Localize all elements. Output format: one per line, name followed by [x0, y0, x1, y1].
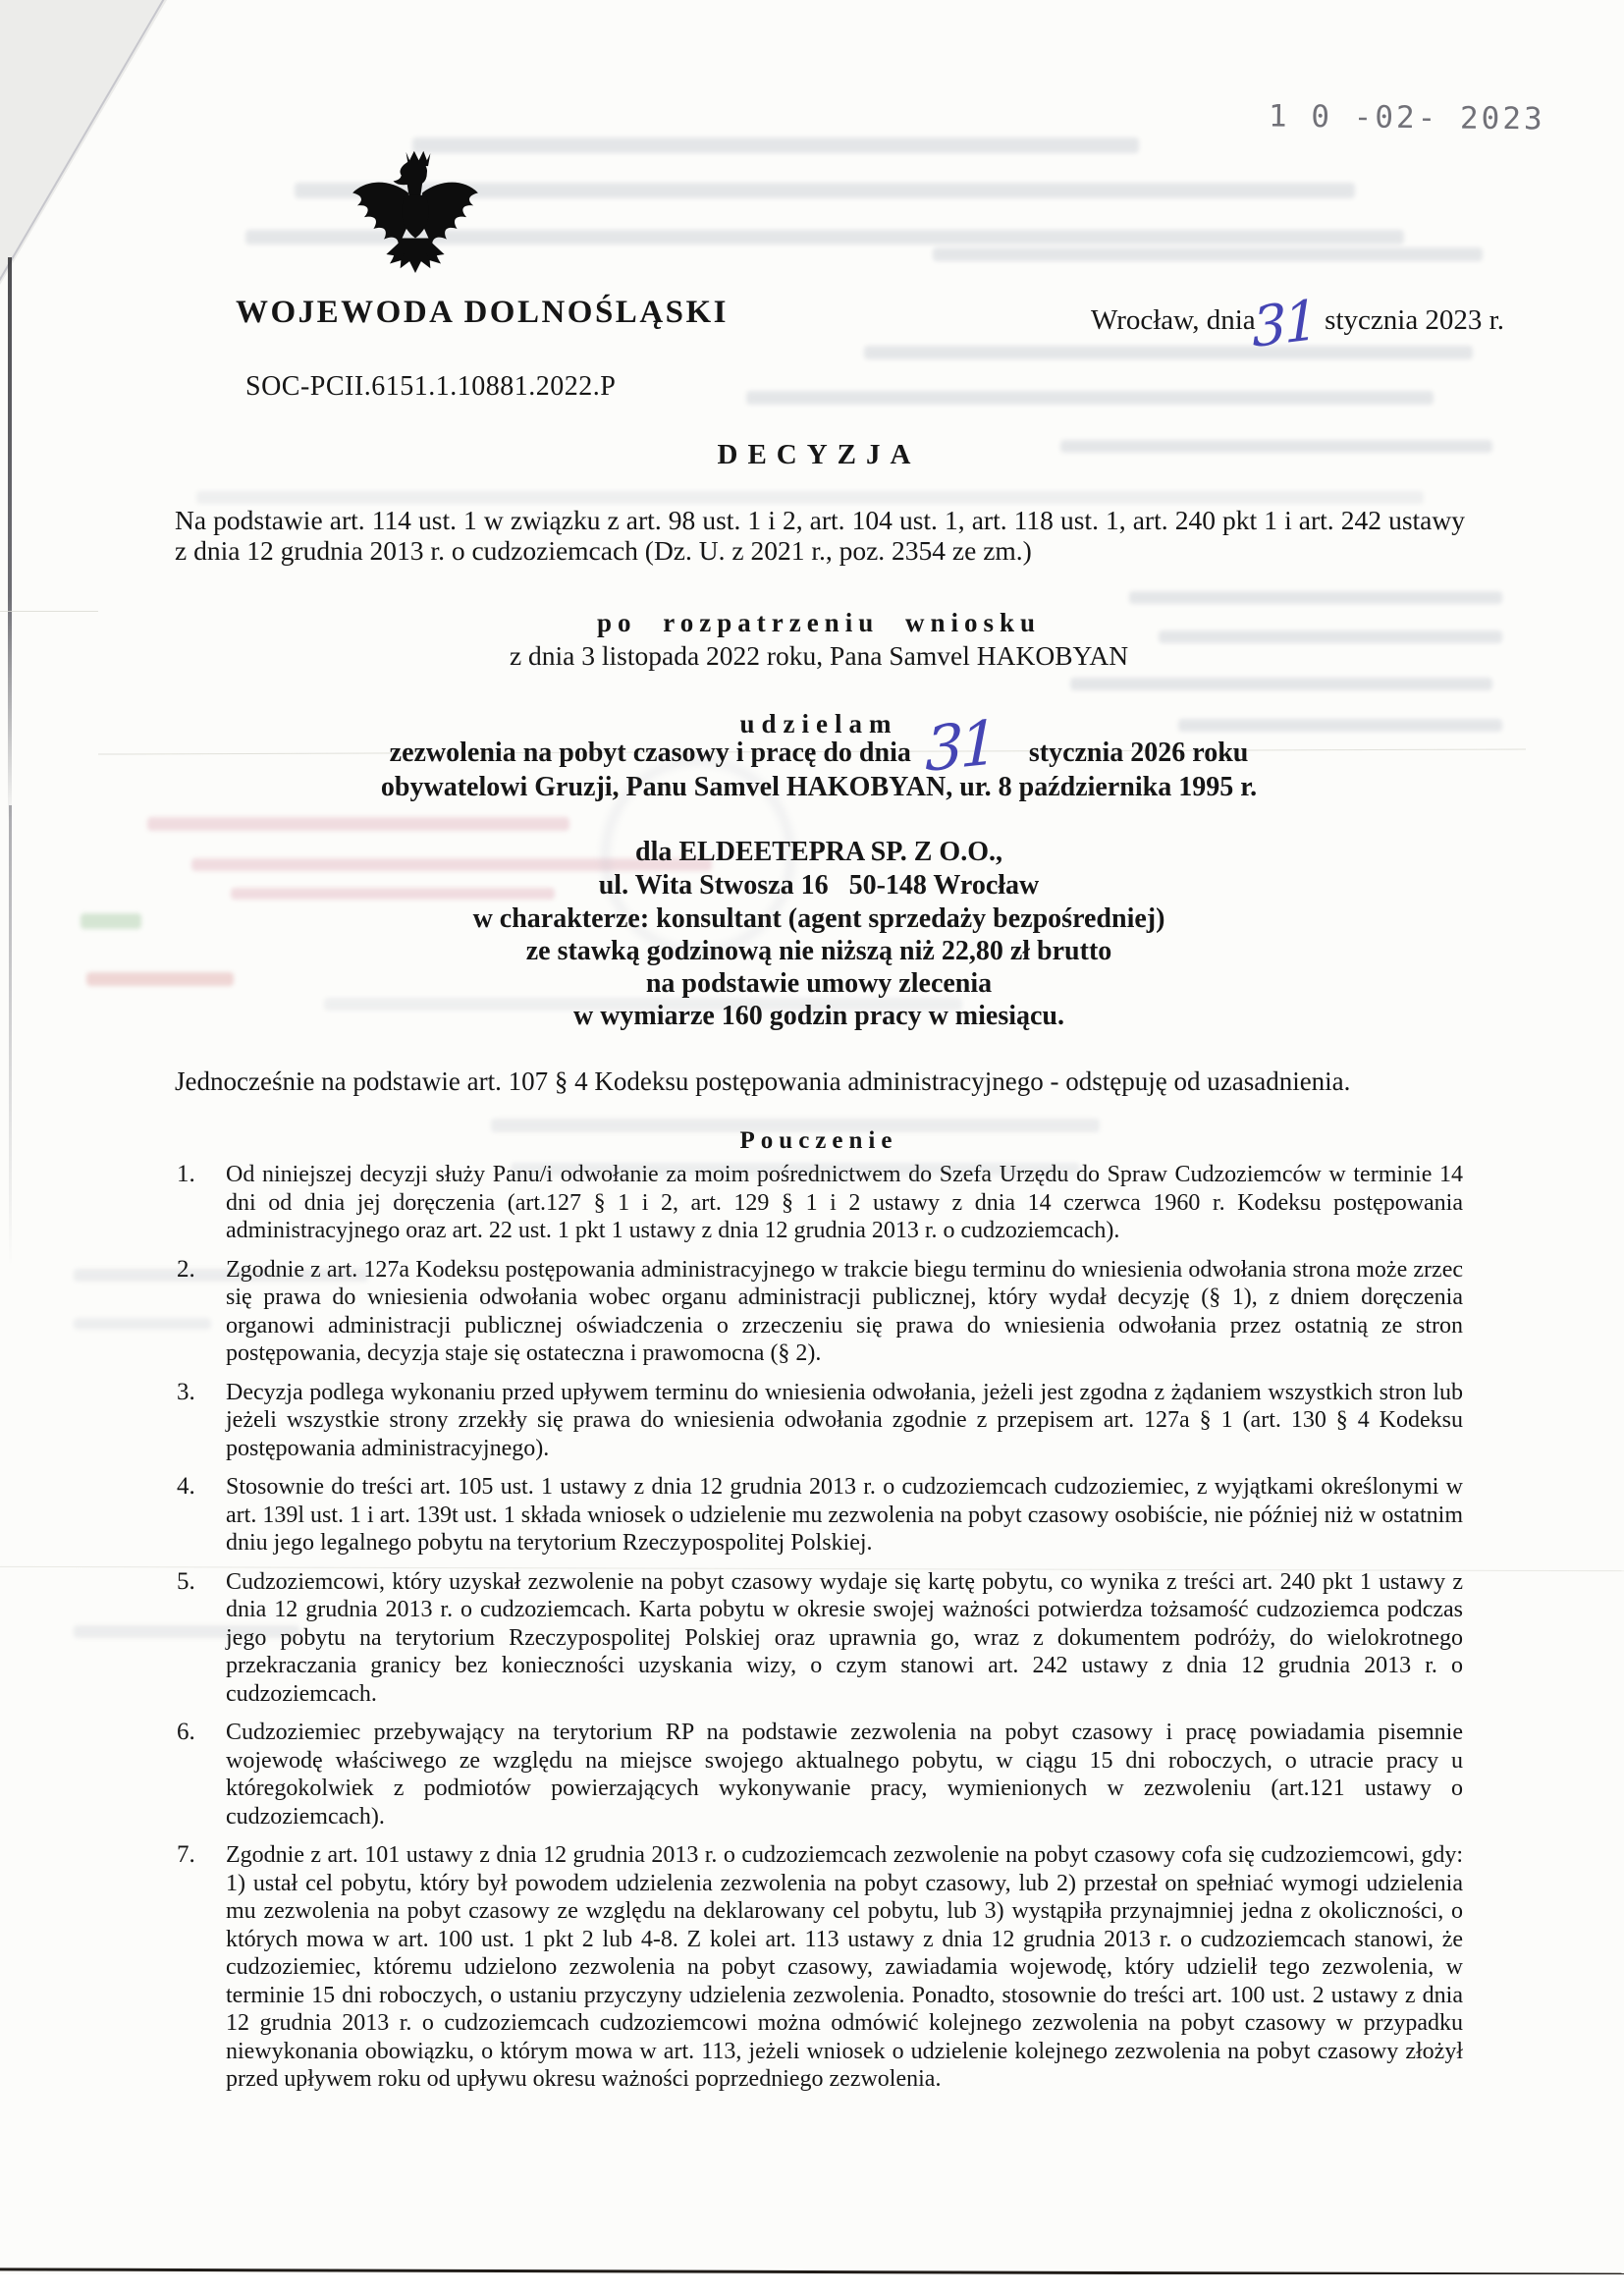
- list-item-number: 5.: [177, 1568, 226, 1709]
- working-hours-line: w wymiarze 160 godzin pracy w miesiącu.: [175, 1001, 1463, 1032]
- list-item: 2. Zgodnie z art. 127a Kodeksu postępowa…: [177, 1256, 1463, 1368]
- employer-name-line: dla ELDEETEPRA SP. Z O.O.,: [175, 837, 1463, 868]
- handwritten-day: 31: [925, 712, 995, 781]
- list-item-number: 7.: [177, 1841, 226, 2094]
- list-item: 1. Od niniejszej decyzji służy Panu/i od…: [177, 1161, 1463, 1245]
- contract-type-line: na podstawie umowy zlecenia: [175, 968, 1463, 1000]
- scan-left-edge-shadow: [9, 805, 12, 1267]
- grant-verb: udzielam: [175, 709, 1463, 739]
- list-item-text: Stosownie do treści art. 105 ust. 1 usta…: [226, 1473, 1463, 1558]
- wage-line: ze stawką godzinową nie niższą niż 22,80…: [175, 936, 1463, 967]
- after-review-heading: po rozpatrzeniu wniosku: [175, 608, 1463, 638]
- justification-waiver-paragraph: Jednocześnie na podstawie art. 107 § 4 K…: [175, 1066, 1465, 1097]
- instructions-heading: Pouczenie: [175, 1127, 1463, 1155]
- grant-line-prefix: zezwolenia na pobyt czasowy i pracę do d…: [390, 738, 911, 768]
- list-item-text: Zgodnie z art. 127a Kodeksu postępowania…: [226, 1256, 1463, 1368]
- place-date-suffix: stycznia 2023 r.: [1325, 304, 1504, 336]
- grant-line-suffix: stycznia 2026 roku: [1029, 738, 1249, 768]
- case-number: SOC-PCII.6151.1.10881.2022.P: [245, 371, 616, 403]
- list-item: 6. Cudzoziemiec przebywający na terytori…: [177, 1719, 1463, 1831]
- scanned-decision-page: 1 0 -02- 2023 WOJEWODA DOLNOŚLĄSKI Wrocł…: [0, 0, 1624, 2296]
- list-item: 5. Cudzoziemcowi, który uzyskał zezwolen…: [177, 1568, 1463, 1709]
- legal-basis-paragraph: Na podstawie art. 114 ust. 1 w związku z…: [175, 505, 1465, 566]
- grant-line-beneficiary: obywatelowi Gruzji, Panu Samvel HAKOBYAN…: [175, 772, 1463, 803]
- list-item: 3. Decyzja podlega wykonaniu przed upływ…: [177, 1379, 1463, 1463]
- list-item-number: 6.: [177, 1719, 226, 1831]
- document-title: DECYZJA: [175, 439, 1463, 471]
- authority-name: WOJEWODA DOLNOŚLĄSKI: [236, 295, 729, 331]
- list-item: 7. Zgodnie z art. 101 ustawy z dnia 12 g…: [177, 1841, 1463, 2094]
- list-item: 4. Stosownie do treści art. 105 ust. 1 u…: [177, 1473, 1463, 1558]
- bleedthrough-artifact: [933, 247, 1483, 261]
- scan-bottom-background: [0, 2274, 1624, 2296]
- bleedthrough-artifact: [196, 491, 1424, 504]
- list-item-number: 4.: [177, 1473, 226, 1558]
- list-item-text: Cudzoziemcowi, który uzyskał zezwolenie …: [226, 1568, 1463, 1709]
- grant-line-permit: zezwolenia na pobyt czasowy i pracę do d…: [175, 738, 1463, 769]
- list-item-number: 3.: [177, 1379, 226, 1463]
- list-item-text: Od niniejszej decyzji służy Panu/i odwoł…: [226, 1161, 1463, 1245]
- place-date-prefix: Wrocław, dnia: [1091, 304, 1256, 336]
- list-item-text: Cudzoziemiec przebywający na terytorium …: [226, 1719, 1463, 1831]
- list-item-text: Zgodnie z art. 101 ustawy z dnia 12 grud…: [226, 1841, 1463, 2094]
- bleedthrough-artifact: [746, 391, 1434, 405]
- list-item-text: Decyzja podlega wykonaniu przed upływem …: [226, 1379, 1463, 1463]
- job-position-line: w charakterze: konsultant (agent sprzeda…: [175, 903, 1463, 935]
- bleedthrough-artifact: [412, 137, 1139, 153]
- employer-address-line: ul. Wita Stwosza 16 50-148 Wrocław: [175, 870, 1463, 902]
- list-item-number: 2.: [177, 1256, 226, 1368]
- bleedthrough-artifact: [1129, 591, 1502, 604]
- bleedthrough-artifact: [1070, 678, 1492, 690]
- instructions-list: 1. Od niniejszej decyzji służy Panu/i od…: [177, 1161, 1463, 2105]
- application-date-line: z dnia 3 listopada 2022 roku, Pana Samve…: [175, 640, 1463, 672]
- scan-left-edge-shadow: [8, 257, 12, 822]
- handwritten-day: 31: [1251, 294, 1317, 356]
- received-date-stamp: 1 0 -02- 2023: [1269, 99, 1545, 137]
- bleedthrough-artifact: [147, 817, 569, 831]
- list-item-number: 1.: [177, 1161, 226, 1245]
- polish-eagle-emblem-icon: [346, 143, 485, 294]
- scan-corner-fold: [0, 0, 169, 287]
- paper-crease: [0, 611, 98, 612]
- place-and-date-line: Wrocław, dnia31 stycznia 2023 r.: [1091, 298, 1504, 353]
- bleedthrough-artifact: [81, 913, 141, 929]
